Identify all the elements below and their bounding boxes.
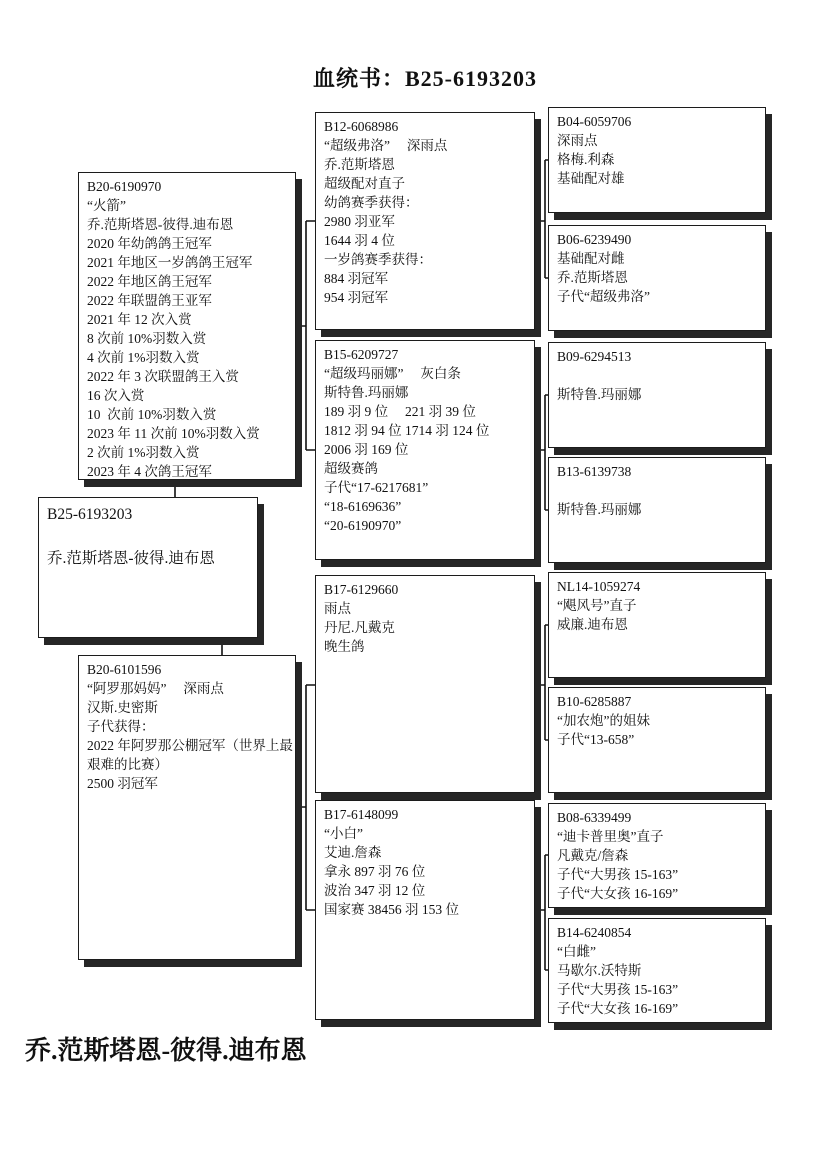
text-line: B14-6240854 (557, 923, 757, 942)
pedigree-box-maternal-granddam: B17-6148099“小白”艾迪.詹森拿永 897 羽 76 位波治 347 … (315, 800, 535, 1020)
pedigree-box-ggp-4: B13-6139738 斯特鲁.玛丽娜 (548, 457, 766, 563)
text-line: B25-6193203 (47, 504, 249, 526)
text-line: 幼鸽赛季获得： (324, 193, 526, 212)
text-line: 凡戴克/詹森 (557, 846, 757, 865)
text-line: 斯特鲁.玛丽娜 (557, 385, 757, 404)
pedigree-box-ggp-8: B14-6240854“白雌”马歇尔.沃特斯子代“大男孩 15-163”子代“大… (548, 918, 766, 1023)
text-line: B06-6239490 (557, 230, 757, 249)
pedigree-box-ggp-6: B10-6285887“加农炮”的姐妹子代“13-658” (548, 687, 766, 793)
text-line: B20-6190970 (87, 177, 287, 196)
pedigree-box-ggp-7: B08-6339499“迪卡普里奥”直子凡戴克/詹森子代“大男孩 15-163”… (548, 803, 766, 908)
text-line: 基础配对雌 (557, 249, 757, 268)
text-line: “阿罗那妈妈” 深雨点 (87, 679, 287, 698)
text-line: 4 次前 1%羽数入赏 (87, 348, 287, 367)
text-line: 2022 年 3 次联盟鸽王入赏 (87, 367, 287, 386)
text-line: 2020 年幼鸽鸽王冠军 (87, 234, 287, 253)
text-line: 子代“大女孩 16-169” (557, 999, 757, 1018)
text-line: “20-6190970” (324, 516, 526, 535)
text-line: 波治 347 羽 12 位 (324, 881, 526, 900)
text-line: 子代“13-658” (557, 730, 757, 749)
text-line: 艾迪.詹森 (324, 843, 526, 862)
text-line: 2980 羽亚军 (324, 212, 526, 231)
text-line: 16 次入赏 (87, 386, 287, 405)
text-line: B13-6139738 (557, 462, 757, 481)
pedigree-box-dam: B20-6101596“阿罗那妈妈” 深雨点汉斯.史密斯子代获得：2022 年阿… (78, 655, 296, 960)
text-line: 189 羽 9 位 221 羽 39 位 (324, 402, 526, 421)
text-line: 格梅.利森 (557, 150, 757, 169)
pedigree-box-ggp-5: NL14-1059274“飓风号”直子威廉.迪布恩 (548, 572, 766, 678)
text-line: 马歇尔.沃特斯 (557, 961, 757, 980)
text-line: 基础配对雄 (557, 169, 757, 188)
text-line: 一岁鸽赛季获得： (324, 250, 526, 269)
text-line: 2021 年 12 次入赏 (87, 310, 287, 329)
text-line (47, 526, 249, 548)
text-line: “超级玛丽娜” 灰白条 (324, 364, 526, 383)
text-line: 丹尼.凡戴克 (324, 618, 526, 637)
text-line: 乔.范斯塔恩-彼得.迪布恩 (47, 548, 249, 570)
text-line: 2022 年阿罗那公棚冠军（世界上最 (87, 736, 287, 755)
pedigree-box-subject: B25-6193203 乔.范斯塔恩-彼得.迪布恩 (38, 497, 258, 638)
text-line: 雨点 (324, 599, 526, 618)
pedigree-box-ggp-3: B09-6294513 斯特鲁.玛丽娜 (548, 342, 766, 448)
text-line: 深雨点 (557, 131, 757, 150)
text-line: B17-6129660 (324, 580, 526, 599)
breeder-name: 乔.范斯塔恩-彼得.迪布恩 (25, 1030, 307, 1067)
text-line: 汉斯.史密斯 (87, 698, 287, 717)
text-line: 子代“大男孩 15-163” (557, 980, 757, 999)
text-line: “迪卡普里奥”直子 (557, 827, 757, 846)
text-line (557, 366, 757, 385)
text-line: B20-6101596 (87, 660, 287, 679)
text-line: 954 羽冠军 (324, 288, 526, 307)
text-line: 8 次前 10%羽数入赏 (87, 329, 287, 348)
text-line: B04-6059706 (557, 112, 757, 131)
pedigree-box-sire: B20-6190970“火箭”乔.范斯塔恩-彼得.迪布恩2020 年幼鸽鸽王冠军… (78, 172, 296, 480)
text-line: 1812 羽 94 位 1714 羽 124 位 (324, 421, 526, 440)
text-line: “超级弗洛” 深雨点 (324, 136, 526, 155)
pedigree-box-maternal-grandsire: B17-6129660雨点丹尼.凡戴克晚生鸽 (315, 575, 535, 793)
text-line: 2022 年地区鸽王冠军 (87, 272, 287, 291)
text-line (557, 481, 757, 500)
text-line: B10-6285887 (557, 692, 757, 711)
text-line: 乔.范斯塔恩 (557, 268, 757, 287)
text-line: 2022 年联盟鸽王亚军 (87, 291, 287, 310)
text-line: 10 次前 10%羽数入赏 (87, 405, 287, 424)
text-line: “18-6169636” (324, 497, 526, 516)
text-line: 子代“大男孩 15-163” (557, 865, 757, 884)
text-line: 2021 年地区一岁鸽鸽王冠军 (87, 253, 287, 272)
pedigree-certificate-page: { "title": "血统书：B25-6193203", "footer_br… (0, 0, 820, 1159)
text-line: B08-6339499 (557, 808, 757, 827)
text-line: NL14-1059274 (557, 577, 757, 596)
text-line: “小白” (324, 824, 526, 843)
pedigree-box-paternal-grandsire: B12-6068986“超级弗洛” 深雨点乔.范斯塔恩超级配对直子幼鸽赛季获得：… (315, 112, 535, 330)
text-line: 超级配对直子 (324, 174, 526, 193)
text-line: “加农炮”的姐妹 (557, 711, 757, 730)
text-line: “飓风号”直子 (557, 596, 757, 615)
text-line: “火箭” (87, 196, 287, 215)
text-line: 子代获得： (87, 717, 287, 736)
text-line: 超级赛鸽 (324, 459, 526, 478)
text-line: 2500 羽冠军 (87, 774, 287, 793)
text-line: 斯特鲁.玛丽娜 (557, 500, 757, 519)
text-line: 子代“大女孩 16-169” (557, 884, 757, 903)
text-line: 艰难的比赛） (87, 755, 287, 774)
text-line: 1644 羽 4 位 (324, 231, 526, 250)
text-line: 晚生鸽 (324, 637, 526, 656)
text-line: B15-6209727 (324, 345, 526, 364)
text-line: B17-6148099 (324, 805, 526, 824)
text-line: 子代“17-6217681” (324, 478, 526, 497)
text-line: 2023 年 11 次前 10%羽数入赏 (87, 424, 287, 443)
text-line: 国家赛 38456 羽 153 位 (324, 900, 526, 919)
text-line: 2 次前 1%羽数入赏 (87, 443, 287, 462)
text-line: 乔.范斯塔恩 (324, 155, 526, 174)
pedigree-box-paternal-granddam: B15-6209727“超级玛丽娜” 灰白条斯特鲁.玛丽娜189 羽 9 位 2… (315, 340, 535, 560)
text-line: 斯特鲁.玛丽娜 (324, 383, 526, 402)
text-line: 拿永 897 羽 76 位 (324, 862, 526, 881)
text-line: “白雌” (557, 942, 757, 961)
text-line: 乔.范斯塔恩-彼得.迪布恩 (87, 215, 287, 234)
pedigree-box-ggp-1: B04-6059706深雨点格梅.利森基础配对雄 (548, 107, 766, 213)
text-line: B09-6294513 (557, 347, 757, 366)
pedigree-box-ggp-2: B06-6239490基础配对雌乔.范斯塔恩子代“超级弗洛” (548, 225, 766, 331)
text-line: B12-6068986 (324, 117, 526, 136)
text-line: 2006 羽 169 位 (324, 440, 526, 459)
text-line: 2023 年 4 次鸽王冠军 (87, 462, 287, 481)
page-title: 血统书：B25-6193203 (313, 62, 537, 93)
text-line: 威廉.迪布恩 (557, 615, 757, 634)
text-line: 子代“超级弗洛” (557, 287, 757, 306)
text-line: 884 羽冠军 (324, 269, 526, 288)
